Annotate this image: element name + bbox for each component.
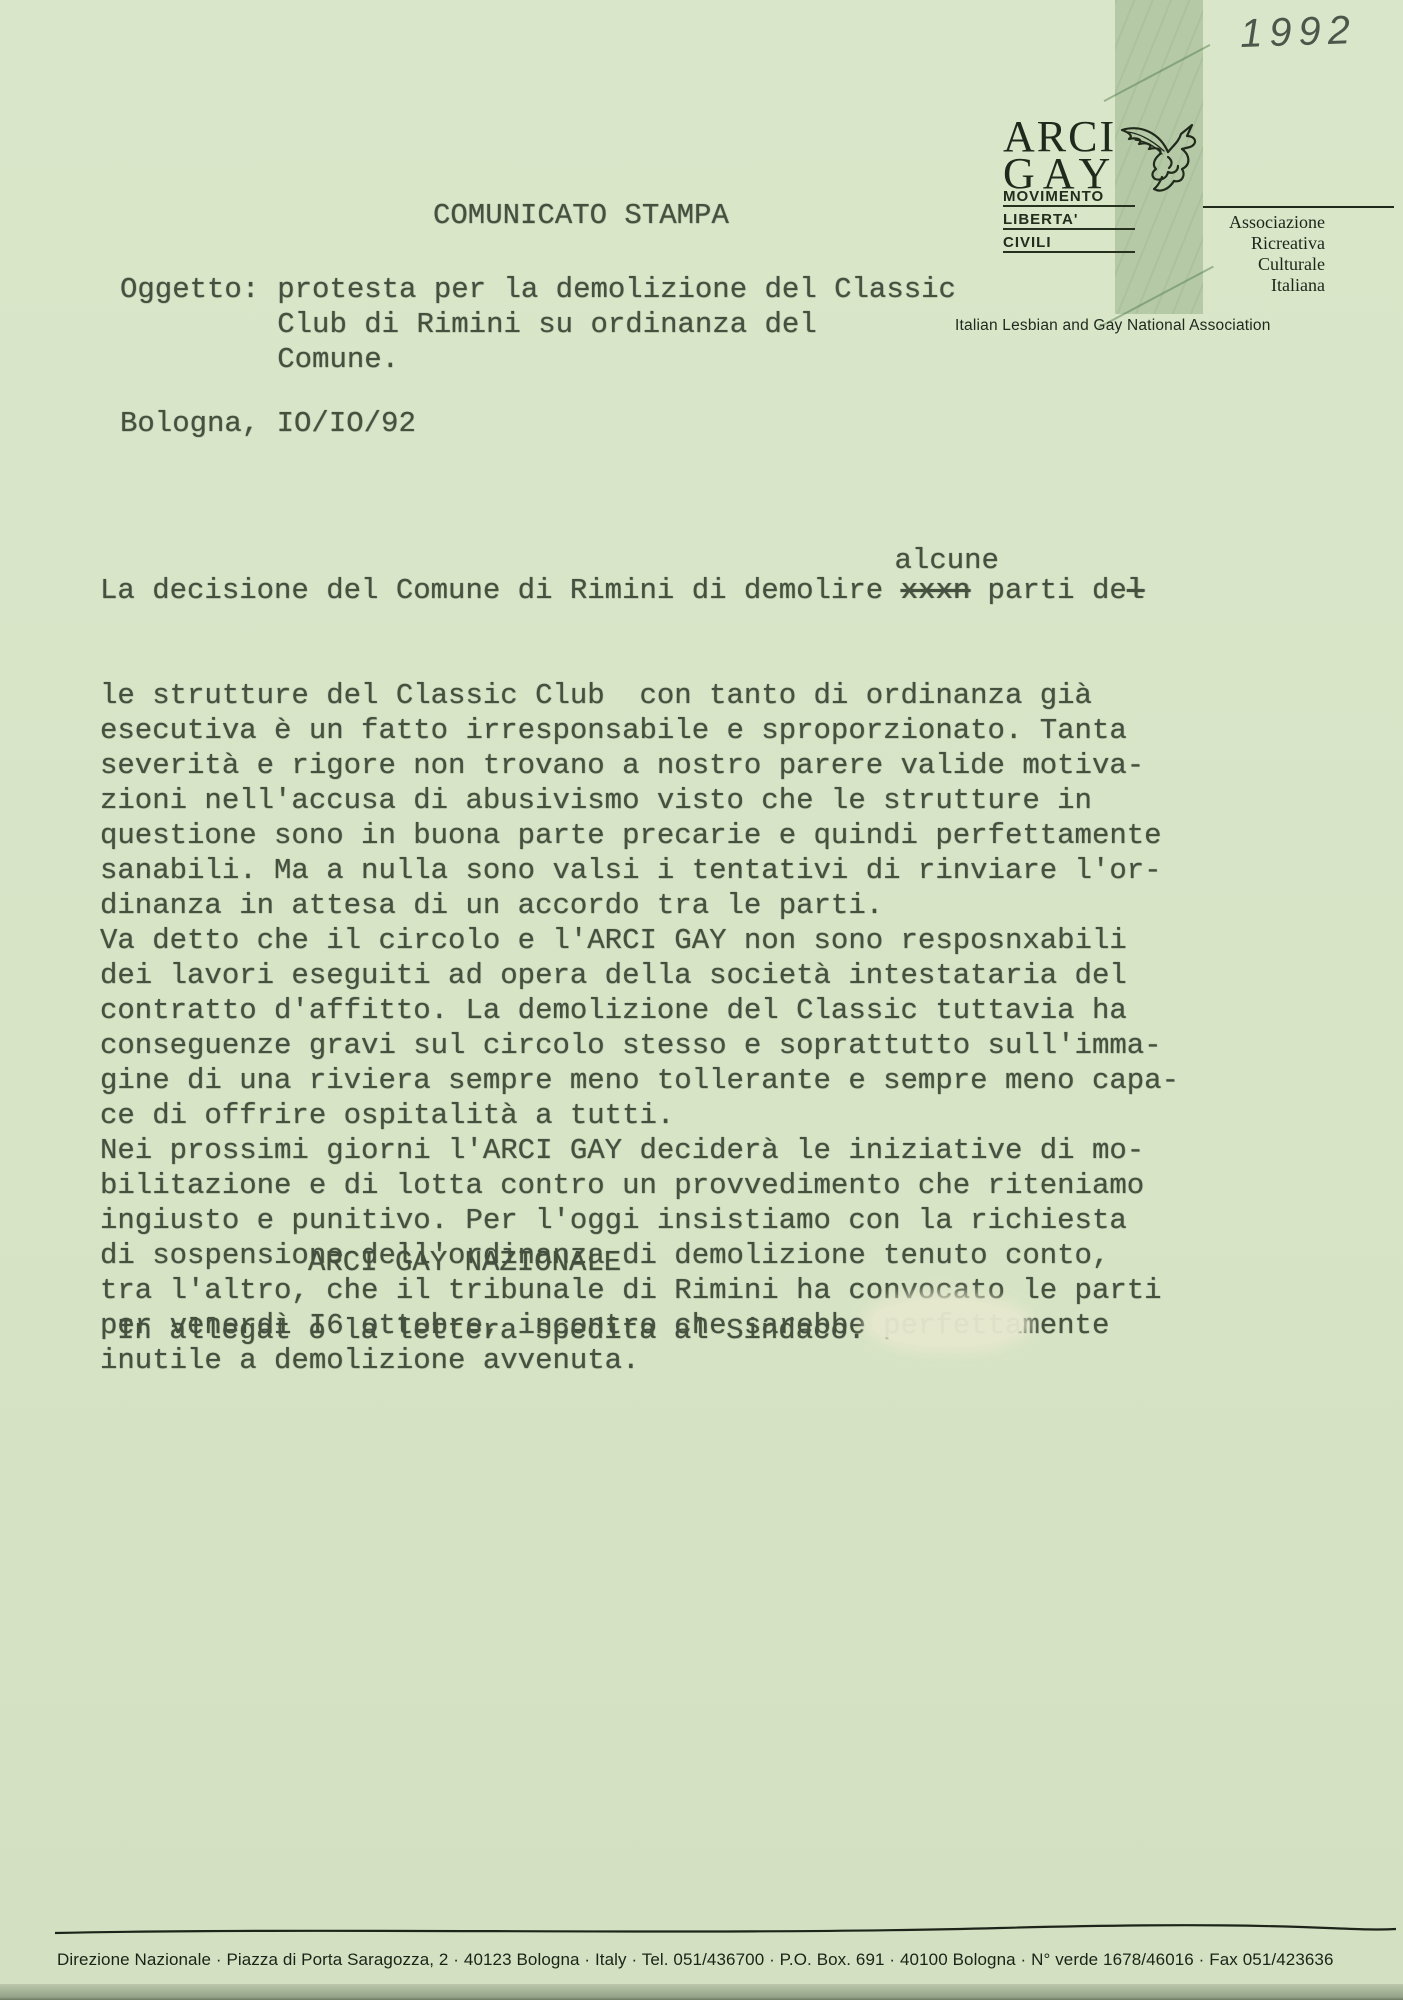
subject-lines: protesta per la demolizione del ClassicC…	[277, 272, 956, 377]
body-line: inutile a demolizione avvenuta.	[100, 1343, 1179, 1378]
struck-out-word: xxxn	[901, 574, 971, 607]
letterhead-rule	[1203, 206, 1394, 208]
typed-correction: alcunexxxn	[901, 573, 971, 608]
org-name: ARCI GAY	[1003, 118, 1118, 192]
tagline-civili: CIVILI	[1003, 234, 1135, 253]
body-line: esecutiva è un fatto irresponsabile e sp…	[100, 713, 1179, 748]
subject-block: Oggetto: protesta per la demolizione del…	[120, 272, 956, 377]
body-line: Va detto che il circolo e l'ARCI GAY non…	[100, 923, 1179, 958]
body-line: questione sono in buona parte precarie e…	[100, 818, 1179, 853]
body-line: le strutture del Classic Club con tanto …	[100, 678, 1179, 713]
scan-bottom-edge	[0, 1984, 1403, 2000]
signature-line: ARCI GAY NAZIONALE	[308, 1245, 621, 1280]
tagline-liberta: LIBERTA'	[1003, 211, 1135, 230]
association-full-name: Associazione Ricreativa Culturale Italia…	[1183, 212, 1325, 296]
body-line: zioni nell'accusa di abusivismo visto ch…	[100, 783, 1179, 818]
org-tagline: MOVIMENTO LIBERTA' CIVILI	[1003, 188, 1135, 257]
footer-address-line: Direzione Nazionale · Piazza di Porta Sa…	[57, 1950, 1377, 1970]
body-line: sanabili. Ma a nulla sono valsi i tentat…	[100, 853, 1179, 888]
body-line: tra l'altro, che il tribunale di Rimini …	[100, 1273, 1179, 1308]
org-name-line2: GAY	[1003, 155, 1118, 192]
body-line-with-correction: La decisione del Comune di Rimini di dem…	[100, 573, 1179, 608]
subject-line: protesta per la demolizione del Classic	[277, 272, 956, 307]
body-line1-mid: parti de	[970, 574, 1127, 607]
association-line: Ricreativa	[1183, 233, 1325, 254]
english-association-subtitle: Italian Lesbian and Gay National Associa…	[955, 317, 1271, 335]
body-lines: le strutture del Classic Club con tanto …	[100, 678, 1179, 1378]
pegasus-icon	[1116, 116, 1204, 198]
body-line: bilitazione e di lotta contro un provved…	[100, 1168, 1179, 1203]
handwritten-year-annotation: 1992	[1239, 8, 1357, 57]
date-line: Bologna, IO/IO/92	[120, 406, 416, 441]
subject-label: Oggetto:	[120, 272, 259, 377]
inserted-word-above: alcune	[895, 546, 999, 575]
body-line: ingiusto e punitivo. Per l'oggi insistia…	[100, 1203, 1179, 1238]
correction-fluid-blotch	[872, 1300, 1024, 1346]
body-line: Nei prossimi giorni l'ARCI GAY deciderà …	[100, 1133, 1179, 1168]
struck-letter: l	[1127, 574, 1144, 607]
body-line: di sospensione dell'ordinanza di demoliz…	[100, 1238, 1179, 1273]
body-paragraph: La decisione del Comune di Rimini di dem…	[100, 503, 1179, 1448]
footer-rule	[0, 1924, 1403, 1938]
body-line: dei lavori eseguiti ad opera della socie…	[100, 958, 1179, 993]
body-line: conseguenze gravi sul circolo stesso e s…	[100, 1028, 1179, 1063]
body-line: ce di offrire ospitalità a tutti.	[100, 1098, 1179, 1133]
attachment-note: In allegat o la lettera spedita al Sinda…	[117, 1313, 865, 1348]
body-line: gine di una riviera sempre meno tolleran…	[100, 1063, 1179, 1098]
association-line: Associazione	[1183, 212, 1325, 233]
body-line: severità e rigore non trovano a nostro p…	[100, 748, 1179, 783]
subject-line: Club di Rimini su ordinanza del	[277, 307, 956, 342]
scanned-press-release-page: 1992 ARCI GAY MOVIMENTO LIBERTA' CIVILI	[0, 0, 1403, 2000]
body-line: dinanza in attesa di un accordo tra le p…	[100, 888, 1179, 923]
body-line: contratto d'affitto. La demolizione del …	[100, 993, 1179, 1028]
association-line: Culturale	[1183, 254, 1325, 275]
document-title: COMUNICATO STAMPA	[433, 198, 729, 233]
body-line1-pre: La decisione del Comune di Rimini di dem…	[100, 574, 901, 607]
association-line: Italiana	[1183, 275, 1325, 296]
subject-line: Comune.	[277, 342, 956, 377]
band-streak	[1104, 44, 1211, 102]
